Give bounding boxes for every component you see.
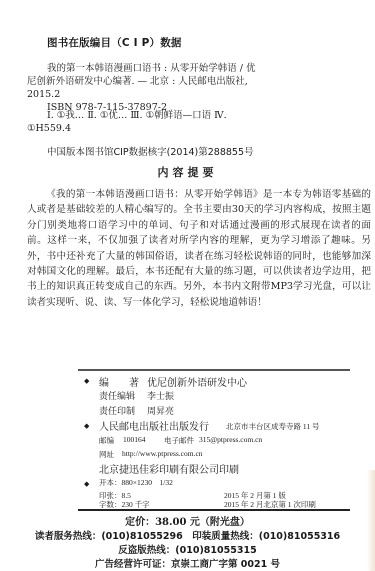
advertising-license: 广告经营许可证：京崇工商广字第 0021 号 (0, 556, 375, 570)
editor-label: 责任编辑 (99, 389, 135, 402)
cip-heading: 图书在版编目（C I P）数据 (47, 35, 182, 50)
imprint-bottom-rule (78, 509, 350, 511)
word-count-label: 字数： (99, 500, 122, 509)
format-label: 开本： (99, 478, 122, 487)
classification-line: ①H559.4 (27, 122, 227, 135)
diamond-bullet-icon: ◆ (84, 479, 89, 489)
classification-line: Ⅰ. ①我… Ⅱ. ①优… Ⅲ. ①朝鲜语—口语 Ⅳ. (27, 109, 227, 122)
cip-entry-line: 2015.2 (27, 88, 255, 101)
print-manager: 周昇亮 (147, 404, 174, 417)
imprint-top-rule (78, 369, 350, 371)
website: http://www.ptpress.com.cn (122, 449, 203, 458)
diamond-bullet-icon: ◆ (84, 421, 89, 431)
summary-title: 内容提要 (0, 164, 375, 180)
postcode: 100164 (123, 435, 146, 444)
cip-entry: 我的第一本韩语漫画口语书 : 从零开始学韩语 / 优 尼创新外语研发中心编著. … (27, 62, 255, 114)
diamond-bullet-icon: ◆ (84, 376, 89, 386)
format: 开本：880×1230 1/32 (99, 477, 173, 488)
email: 315@ptpress.com.cn (199, 435, 262, 444)
cip-entry-line: 尼创新外语研发中心编著. — 北京 : 人民邮电出版社, (27, 75, 255, 88)
print-manager-label: 责任印制 (99, 404, 135, 417)
publisher: 人民邮电出版社出版发行 (99, 418, 209, 433)
cip-number: 中国版本图书馆CIP数据核字(2014)第288855号 (47, 144, 254, 158)
word-count-value: 230 千字 (122, 500, 150, 509)
publisher-address: 北京市丰台区成寿寺路 11 号 (226, 421, 319, 432)
format-value: 880×1230 1/32 (122, 478, 173, 487)
price: 定价：38.00 元（附光盘） (0, 513, 375, 528)
author-label: 编 著 (99, 374, 139, 389)
email-label: 电子邮件 (164, 435, 194, 446)
cip-entry-line: 我的第一本韩语漫画口语书 : 从零开始学韩语 / 优 (27, 62, 255, 75)
author: 优尼创新外语研发中心 (147, 374, 247, 389)
editor: 李士振 (147, 389, 174, 402)
cip-classification: Ⅰ. ①我… Ⅱ. ①优… Ⅲ. ①朝鲜语—口语 Ⅳ. ①H559.4 (27, 109, 227, 135)
anti-piracy-hotline: 反盗版热线：(010)81055315 (0, 542, 375, 556)
website-label: 网址 (99, 449, 114, 460)
summary-text: 《我的第一本韩语漫画口语书：从零开始学韩语》是一本专为韩语零基础的人或者是基础较… (27, 187, 371, 310)
postcode-label: 邮编 (99, 435, 114, 446)
printer: 北京捷迅佳彩印刷有限公司印刷 (99, 461, 239, 476)
service-hotlines: 读者服务热线：(010)81055296 印装质量热线：(010)8105531… (0, 528, 375, 542)
